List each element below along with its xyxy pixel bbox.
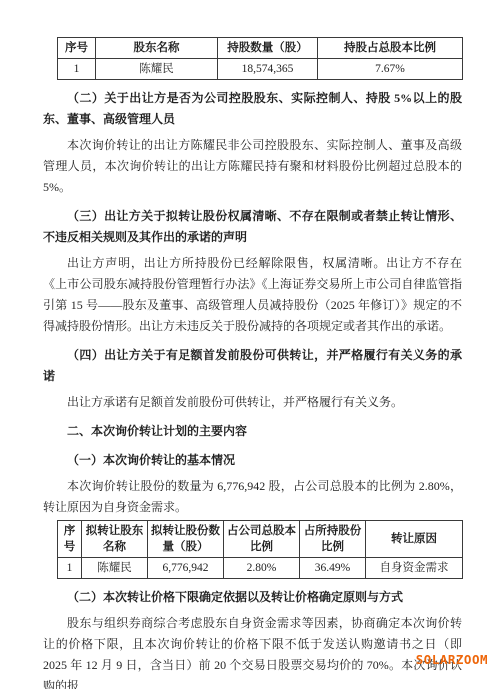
col-header-pct-of-holding: 占所持股份比例 — [300, 521, 366, 558]
cell-pct-of-total: 7.67% — [318, 59, 463, 80]
heading-pre-ipo-commitment: （四）出让方关于有足额首发前股份可供转让，并严格履行有关义务的承诺 — [43, 345, 462, 387]
para-transfer-basics: 本次询价转让股份的数量为 6,776,942 股，占公司总股本的比例为 2.80… — [43, 476, 462, 518]
table-row: 1 陈耀民 6,776,942 2.80% 36.49% 自身资金需求 — [58, 558, 463, 579]
shareholder-table: 序号 股东名称 持股数量（股） 持股占总股本比例 1 陈耀民 18,574,36… — [57, 37, 463, 80]
col-header-transfer-reason: 转让原因 — [366, 521, 463, 558]
table-row: 1 陈耀民 18,574,365 7.67% — [58, 59, 463, 80]
heading-ownership-statement: （三）出让方关于拟转让股份权属清晰、不存在限制或者禁止转让情形、不违反相关规则及… — [43, 206, 462, 248]
cell-index: 1 — [58, 558, 82, 579]
col-header-shares-to-transfer: 拟转让股份数量（股） — [148, 521, 224, 558]
heading-seller-status: （二）关于出让方是否为公司控股股东、实际控制人、持股 5%以上的股东、董事、高级… — [43, 88, 462, 130]
col-header-index: 序号 — [58, 521, 82, 558]
cell-shares-to-transfer: 6,776,942 — [148, 558, 224, 579]
para-seller-status: 本次询价转让的出让方陈耀民非公司控股股东、实际控制人、董事及高级管理人员，本次询… — [43, 135, 462, 198]
para-price-floor: 股东与组织券商综合考虑股东自身资金需求等因素，协商确定本次询价转让的价格下限，且… — [43, 613, 462, 689]
cell-transfer-reason: 自身资金需求 — [366, 558, 463, 579]
para-ownership-statement: 出让方声明，出让方所持股份已经解除限售，权属清晰。出让方不存在《上市公司股东减持… — [43, 253, 462, 337]
shareholder-table-header-row: 序号 股东名称 持股数量（股） 持股占总股本比例 — [58, 38, 463, 59]
cell-pct-of-holding: 36.49% — [300, 558, 366, 579]
cell-index: 1 — [58, 59, 96, 80]
cell-pct-of-capital: 2.80% — [224, 558, 300, 579]
col-header-transferor-name: 拟转让股东名称 — [82, 521, 148, 558]
heading-plan-main-content: 二、本次询价转让计划的主要内容 — [43, 421, 462, 442]
transfer-table-header-row: 序号 拟转让股东名称 拟转让股份数量（股） 占公司总股本比例 占所持股份比例 转… — [58, 521, 463, 558]
col-header-pct-of-total: 持股占总股本比例 — [318, 38, 463, 59]
col-header-index: 序号 — [58, 38, 96, 59]
transfer-table: 序号 拟转让股东名称 拟转让股份数量（股） 占公司总股本比例 占所持股份比例 转… — [57, 520, 463, 579]
solarzoom-watermark: SOLARZOOM — [416, 652, 488, 667]
cell-shareholder-name: 陈耀民 — [96, 59, 218, 80]
document-page: 序号 股东名称 持股数量（股） 持股占总股本比例 1 陈耀民 18,574,36… — [0, 0, 500, 689]
col-header-shareholder-name: 股东名称 — [96, 38, 218, 59]
para-pre-ipo-commitment: 出让方承诺有足额首发前股份可供转让，并严格履行有关义务。 — [43, 392, 462, 413]
heading-transfer-basics: （一）本次询价转让的基本情况 — [43, 450, 462, 471]
heading-price-floor: （二）本次转让价格下限确定依据以及转让价格确定原则与方式 — [43, 587, 462, 608]
cell-shares-held: 18,574,365 — [218, 59, 318, 80]
cell-transferor-name: 陈耀民 — [82, 558, 148, 579]
col-header-pct-of-capital: 占公司总股本比例 — [224, 521, 300, 558]
col-header-shares-held: 持股数量（股） — [218, 38, 318, 59]
